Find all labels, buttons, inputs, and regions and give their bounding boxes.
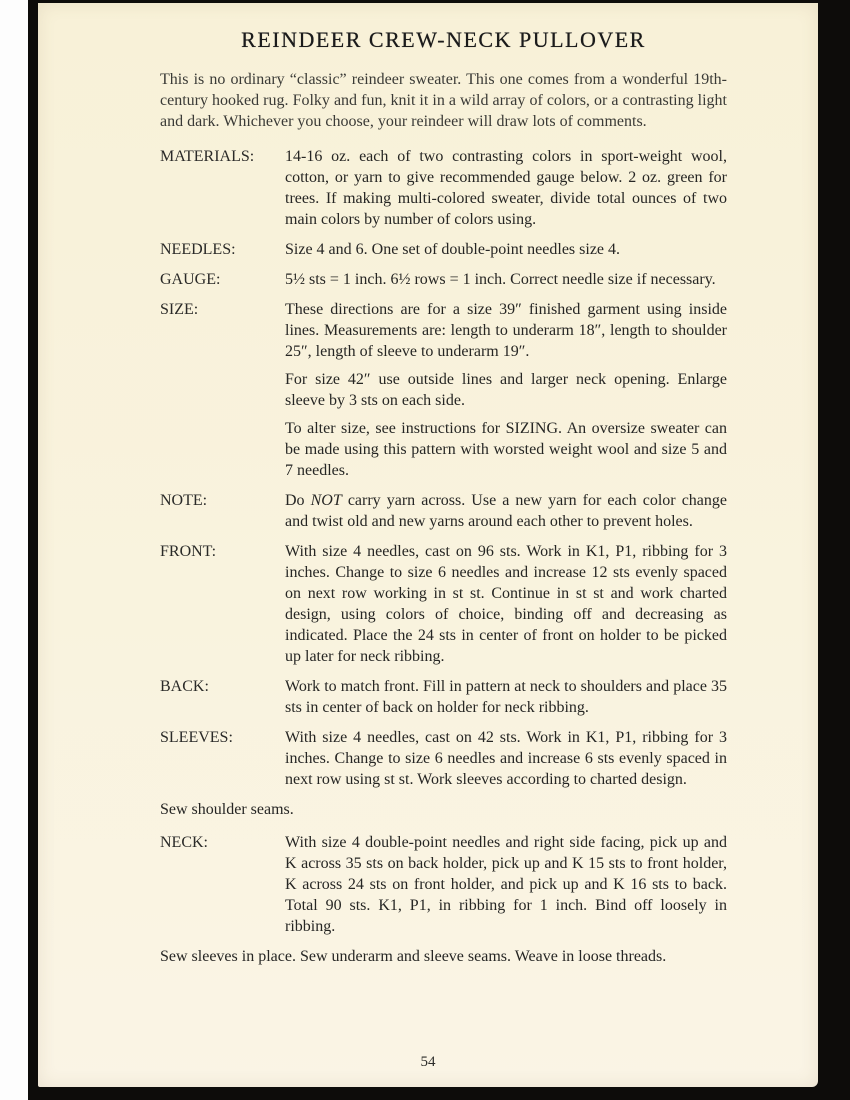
text-run: With size 4 needles, cast on 42 sts. Wor… <box>285 729 727 788</box>
text-run: With size 4 double-point needles and rig… <box>285 834 727 935</box>
text-run: For size 42″ use outside lines and large… <box>285 371 727 409</box>
text-run: Do <box>285 492 311 509</box>
section-row: NOTE:Do NOT carry yarn across. Use a new… <box>160 490 727 532</box>
section-body: Work to match front. Fill in pattern at … <box>285 676 727 718</box>
section-paragraph: Do NOT carry yarn across. Use a new yarn… <box>285 490 727 532</box>
section-label: NOTE: <box>160 490 285 532</box>
emphasized-text: NOT <box>311 492 342 509</box>
text-run: 5½ sts = 1 inch. 6½ rows = 1 inch. Corre… <box>285 271 716 288</box>
section-row: FRONT:With size 4 needles, cast on 96 st… <box>160 541 727 667</box>
text-run: 14-16 oz. each of two contrasting colors… <box>285 148 727 228</box>
pattern-page: REINDEER CREW-NECK PULLOVER This is no o… <box>38 3 818 1087</box>
section-paragraph: 5½ sts = 1 inch. 6½ rows = 1 inch. Corre… <box>285 269 727 290</box>
section-label: BACK: <box>160 676 285 718</box>
section-paragraph: With size 4 needles, cast on 42 sts. Wor… <box>285 727 727 790</box>
section-paragraph: Work to match front. Fill in pattern at … <box>285 676 727 718</box>
section-paragraph: These directions are for a size 39″ fini… <box>285 299 727 362</box>
section-body: With size 4 needles, cast on 96 sts. Wor… <box>285 541 727 667</box>
section-paragraph: To alter size, see instructions for SIZI… <box>285 418 727 481</box>
section-label: NECK: <box>160 832 285 937</box>
text-run: Size 4 and 6. One set of double-point ne… <box>285 241 620 258</box>
text-run: These directions are for a size 39″ fini… <box>285 301 727 360</box>
section-paragraph: 14-16 oz. each of two contrasting colors… <box>285 146 727 230</box>
intro-paragraph: This is no ordinary “classic” reindeer s… <box>160 69 727 132</box>
section-row: GAUGE:5½ sts = 1 inch. 6½ rows = 1 inch.… <box>160 269 727 290</box>
section-body: These directions are for a size 39″ fini… <box>285 299 727 481</box>
section-label: FRONT: <box>160 541 285 667</box>
section-paragraph: With size 4 needles, cast on 96 sts. Wor… <box>285 541 727 667</box>
section-body: With size 4 needles, cast on 42 sts. Wor… <box>285 727 727 790</box>
section-row: MATERIALS:14-16 oz. each of two contrast… <box>160 146 727 230</box>
sections-container: MATERIALS:14-16 oz. each of two contrast… <box>160 146 727 967</box>
section-label: SLEEVES: <box>160 727 285 790</box>
section-row: NEEDLES:Size 4 and 6. One set of double-… <box>160 239 727 260</box>
scan-background: REINDEER CREW-NECK PULLOVER This is no o… <box>0 0 850 1100</box>
section-row: SLEEVES:With size 4 needles, cast on 42 … <box>160 727 727 790</box>
text-run: carry yarn across. Use a new yarn for ea… <box>285 492 727 530</box>
section-body: Do NOT carry yarn across. Use a new yarn… <box>285 490 727 532</box>
section-paragraph: Size 4 and 6. One set of double-point ne… <box>285 239 727 260</box>
section-row: BACK:Work to match front. Fill in patter… <box>160 676 727 718</box>
text-run: To alter size, see instructions for SIZI… <box>285 420 727 479</box>
text-run: Sew shoulder seams. <box>160 801 294 818</box>
section-label: GAUGE: <box>160 269 285 290</box>
section-paragraph: With size 4 double-point needles and rig… <box>285 832 727 937</box>
page-title: REINDEER CREW-NECK PULLOVER <box>160 27 727 53</box>
section-label: SIZE: <box>160 299 285 481</box>
text-run: With size 4 needles, cast on 96 sts. Wor… <box>285 543 727 665</box>
page-number: 54 <box>38 1054 818 1071</box>
section-body: 14-16 oz. each of two contrasting colors… <box>285 146 727 230</box>
section-body: 5½ sts = 1 inch. 6½ rows = 1 inch. Corre… <box>285 269 727 290</box>
section-body: Size 4 and 6. One set of double-point ne… <box>285 239 727 260</box>
section-body: With size 4 double-point needles and rig… <box>285 832 727 937</box>
section-label: MATERIALS: <box>160 146 285 230</box>
section-row: SIZE:These directions are for a size 39″… <box>160 299 727 481</box>
section-label: NEEDLES: <box>160 239 285 260</box>
standalone-instruction: Sew sleeves in place. Sew underarm and s… <box>160 946 727 967</box>
scan-left-margin <box>0 0 28 1100</box>
standalone-instruction: Sew shoulder seams. <box>160 799 727 820</box>
text-run: Work to match front. Fill in pattern at … <box>285 678 727 716</box>
section-paragraph: For size 42″ use outside lines and large… <box>285 369 727 411</box>
text-run: Sew sleeves in place. Sew underarm and s… <box>160 948 666 965</box>
section-row: NECK:With size 4 double-point needles an… <box>160 832 727 937</box>
